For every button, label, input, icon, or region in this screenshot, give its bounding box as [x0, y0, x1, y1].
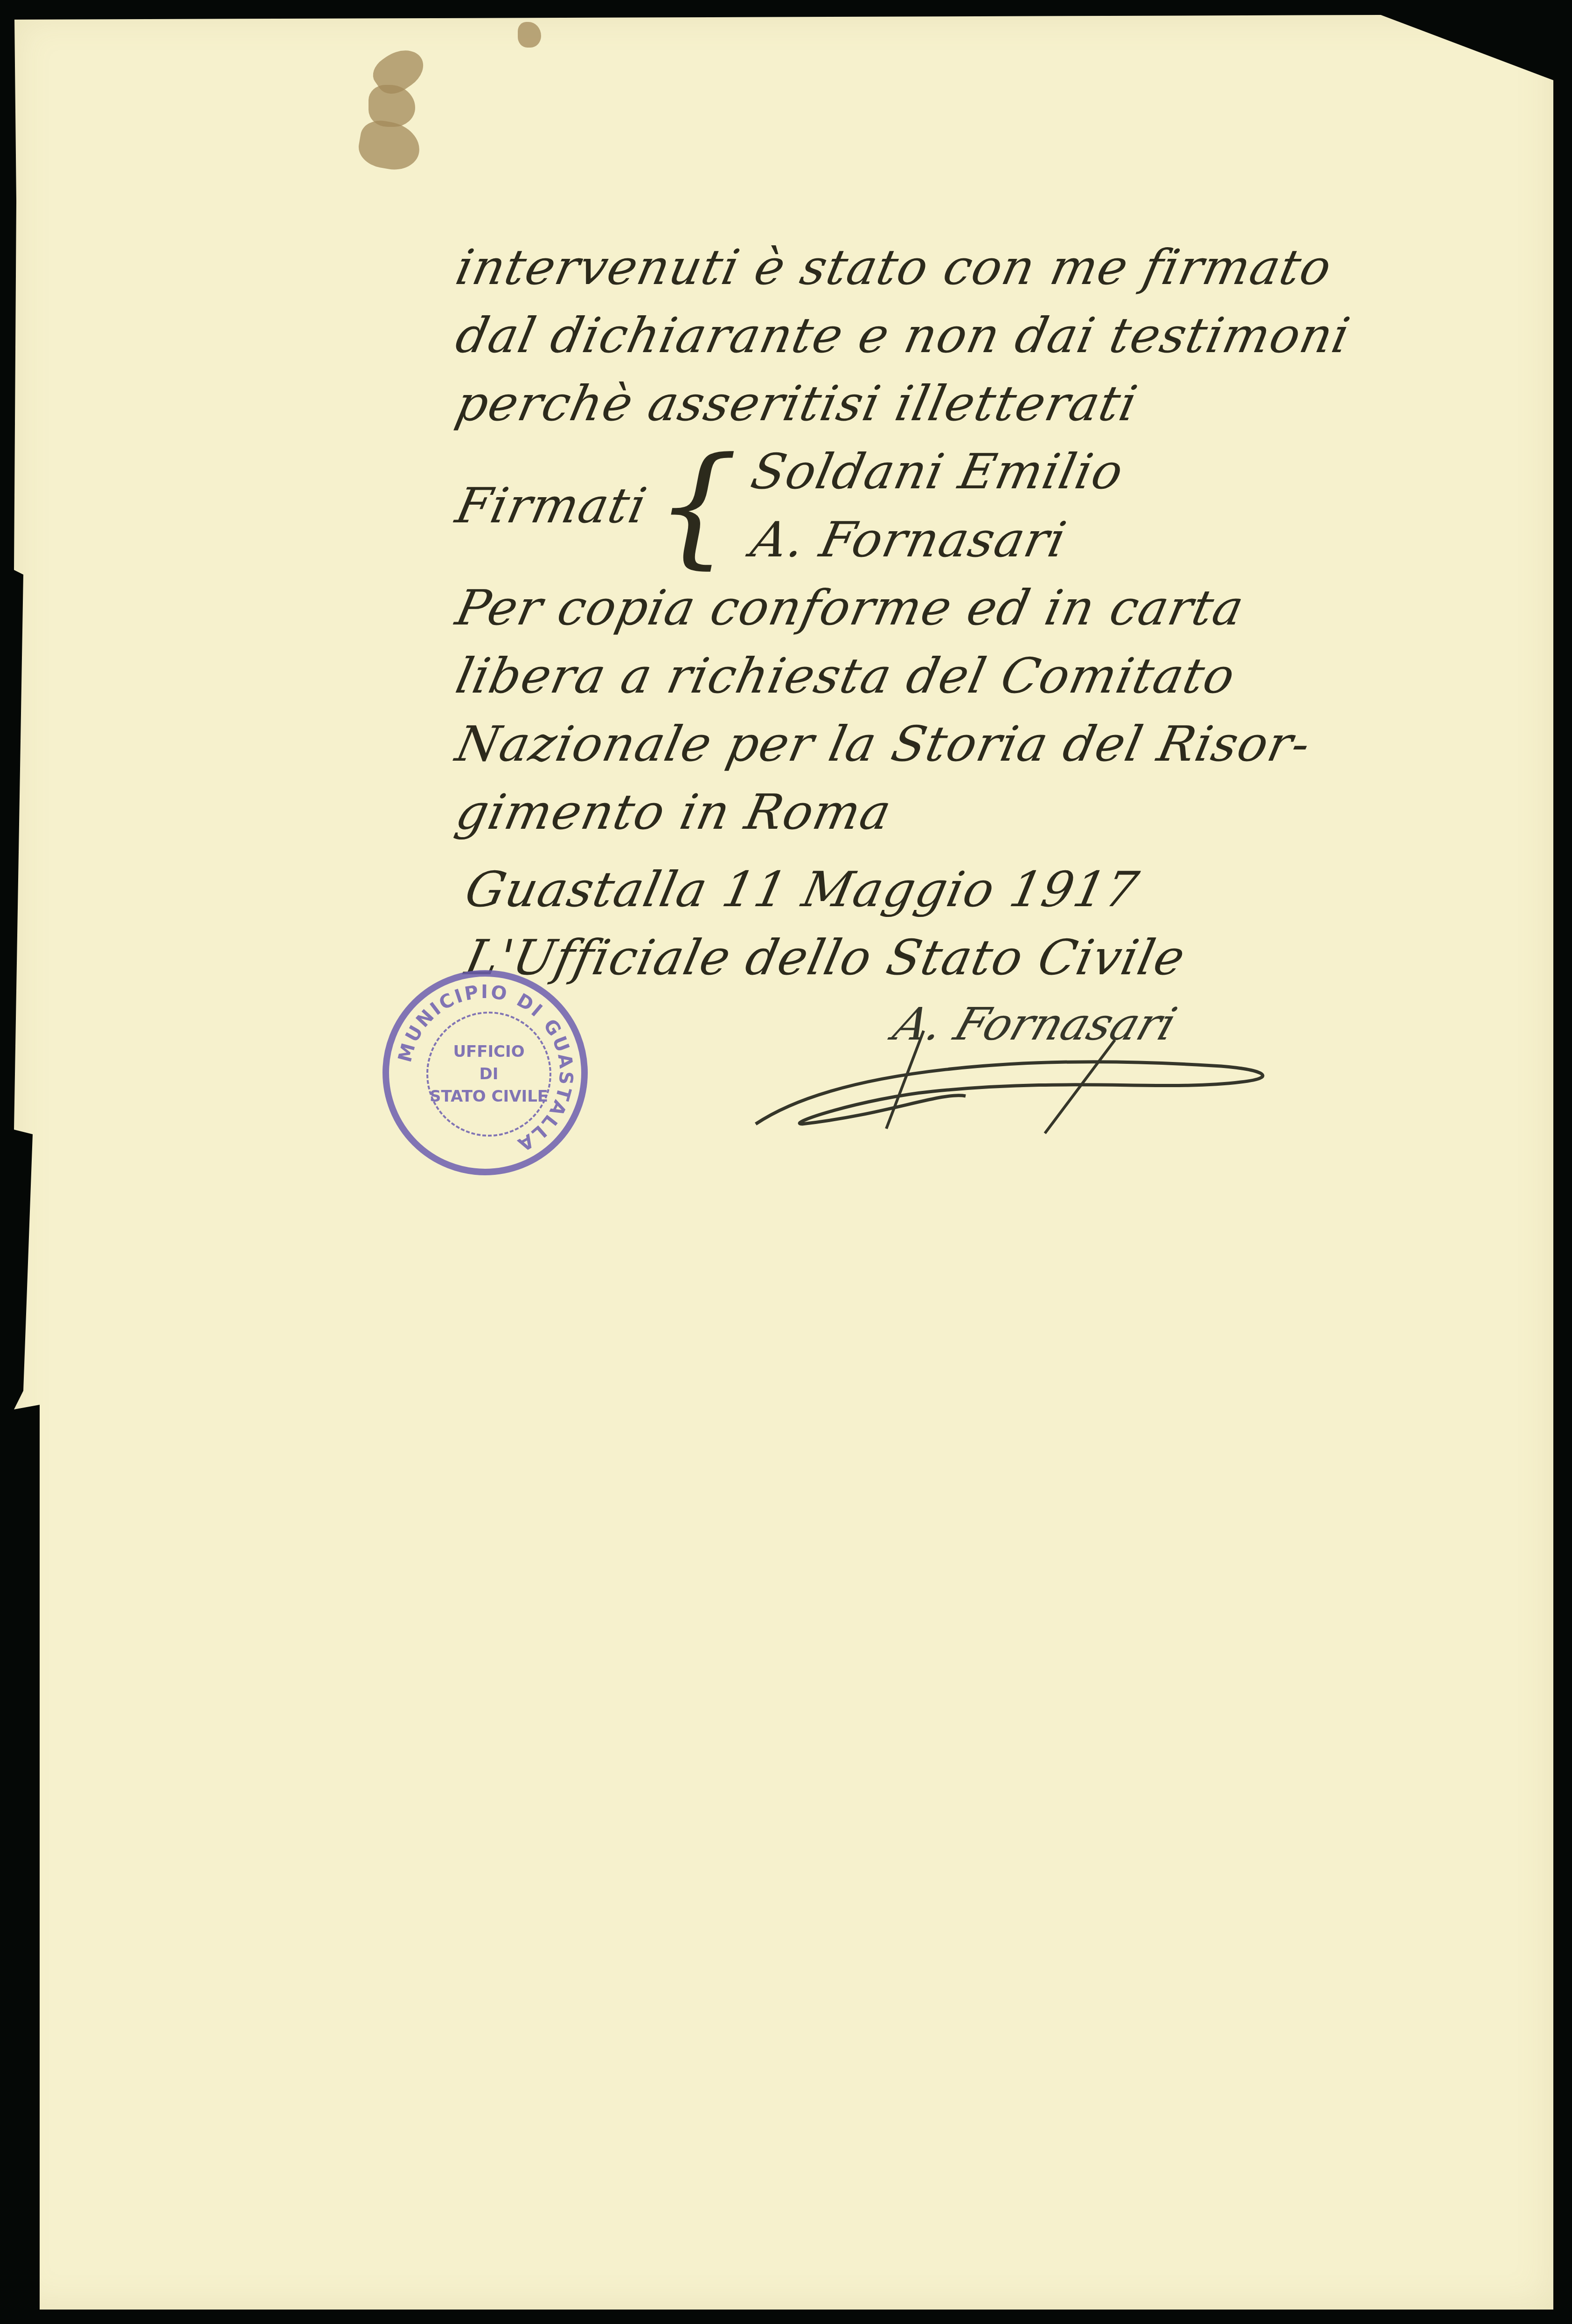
signer-name: Soldani Emilio	[745, 437, 1130, 506]
brace-mark: {	[655, 440, 738, 571]
water-stain	[518, 22, 541, 48]
signature-text: A. Fornasari	[887, 998, 1183, 1050]
stamp-inner: UFFICIO DI STATO CIVILE	[426, 1012, 551, 1137]
text-line: intervenuti è stato con me firmato	[450, 233, 1537, 301]
text-line: dal dichiarante e non dai testimoni	[450, 301, 1537, 369]
official-title: L'Ufficiale dello Stato Civile	[450, 923, 1537, 992]
certification-line: libera a richiesta del Comitato	[450, 642, 1537, 710]
certification-line: Nazionale per la Storia del Risor-	[450, 710, 1537, 778]
official-signature: A. Fornasari	[746, 984, 1306, 1138]
water-stain	[355, 117, 423, 173]
certification-line: gimento in Roma	[450, 778, 1537, 846]
municipal-stamp: MUNICIPIO DI GUASTALLA UFFICIO DI STATO …	[383, 970, 588, 1175]
signer-name: A. Fornasari	[745, 506, 1130, 574]
certification-line: Per copia conforme ed in carta	[450, 574, 1537, 642]
place-date: Guastalla 11 Maggio 1917	[450, 855, 1537, 923]
handwritten-text: intervenuti è stato con me firmato dal d…	[457, 233, 1530, 992]
text-line: perchè asseritisi illetterati	[450, 369, 1537, 437]
signed-label: Firmati	[450, 472, 653, 540]
signed-by-block: Firmati { Soldani Emilio A. Fornasari	[457, 437, 1530, 574]
stamp-line: DI	[480, 1063, 499, 1085]
stamp-line: UFFICIO	[453, 1041, 524, 1063]
stamp-line: STATO CIVILE	[430, 1085, 548, 1108]
